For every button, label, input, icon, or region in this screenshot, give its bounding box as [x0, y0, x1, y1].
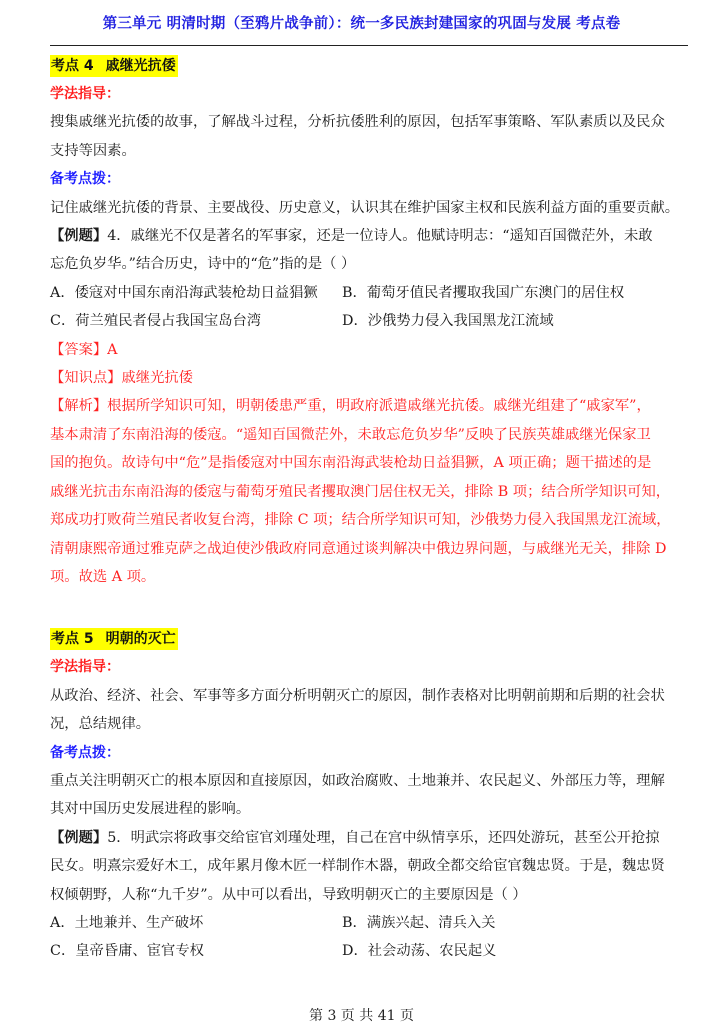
- header-divider: [50, 45, 688, 46]
- topic-number: 考点 5: [51, 631, 94, 647]
- answer-text: 【答案】A: [50, 336, 690, 364]
- example-text: 忘危负岁华。”结合历史，诗中的“危”指的是（ ）: [50, 250, 690, 278]
- analysis-text: 项。故选 A 项。: [50, 563, 690, 591]
- options-row: A．土地兼并、生产破坏 B．满族兴起、清兵入关: [50, 909, 690, 937]
- option-c: C．荷兰殖民者侵占我国宝岛台湾: [50, 307, 342, 335]
- section-topic-4: 考点 4戚继光抗倭 学法指导： 搜集戚继光抗倭的故事，了解战斗过程，分析抗倭胜利…: [50, 52, 690, 591]
- analysis-text: 清朝康熙帝通过雅克萨之战迫使沙俄政府同意通过谈判解决中俄边界问题，与戚继光无关，…: [50, 535, 690, 563]
- study-guide-label: 学法指导：: [50, 653, 690, 681]
- study-guide-text: 况，总结规律。: [50, 710, 690, 738]
- topic-heading: 考点 4戚继光抗倭: [50, 55, 178, 77]
- study-guide-label: 学法指导：: [50, 80, 690, 108]
- option-c: C．皇帝昏庸、宦官专权: [50, 937, 342, 965]
- page-number: 第 3 页 共 41 页: [0, 1005, 723, 1024]
- section-topic-5: 考点 5明朝的灭亡 学法指导： 从政治、经济、社会、军事等多方面分析明朝灭亡的原…: [50, 625, 690, 965]
- analysis-text: 戚继光抗击东南沿海的倭寇与葡萄牙殖民者攫取澳门居住权无关，排除 B 项；结合所学…: [50, 478, 690, 506]
- topic-title: 明朝的灭亡: [106, 631, 176, 647]
- option-b: B．满族兴起、清兵入关: [342, 909, 634, 937]
- review-tips-label: 备考点拨：: [50, 739, 690, 767]
- section-spacer: [50, 591, 690, 625]
- example-question: 【例题】5．明武宗将政事交给宦官刘瑾处理，自己在宫中纵情享乐，还四处游玩，甚至公…: [50, 824, 690, 852]
- example-tag: 【例题】: [50, 228, 107, 244]
- example-text: 民女。明熹宗爱好木工，成年累月像木匠一样制作木器，朝政全都交给宦官魏忠贤。于是，…: [50, 852, 690, 880]
- topic-number: 考点 4: [51, 58, 94, 74]
- example-tag: 【例题】: [50, 830, 107, 846]
- review-tips-text: 重点关注明朝灭亡的根本原因和直接原因，如政治腐败、土地兼并、农民起义、外部压力等…: [50, 767, 690, 795]
- page-content: 考点 4戚继光抗倭 学法指导： 搜集戚继光抗倭的故事，了解战斗过程，分析抗倭胜利…: [50, 52, 690, 966]
- example-question: 【例题】4．戚继光不仅是著名的军事家，还是一位诗人。他赋诗明志：“遥知百国微茫外…: [50, 222, 690, 250]
- example-text: 5．明武宗将政事交给宦官刘瑾处理，自己在宫中纵情享乐，还四处游玩，甚至公开抢掠: [107, 830, 659, 846]
- review-tips-label: 备考点拨：: [50, 165, 690, 193]
- study-guide-text: 支持等因素。: [50, 137, 690, 165]
- example-text: 4．戚继光不仅是著名的军事家，还是一位诗人。他赋诗明志：“遥知百国微茫外，未敢: [107, 228, 652, 244]
- analysis-text: 【解析】根据所学知识可知，明朝倭患严重，明政府派遣戚继光抗倭。戚继光组建了“戚家…: [50, 392, 690, 420]
- options-row: A．倭寇对中国东南沿海武装枪劫日益猖獗 B．葡萄牙值民者攫取我国广东澳门的居住权: [50, 279, 690, 307]
- options-row: C．荷兰殖民者侵占我国宝岛台湾 D．沙俄势力侵入我国黑龙江流域: [50, 307, 690, 335]
- option-d: D．沙俄势力侵入我国黑龙江流域: [342, 307, 634, 335]
- analysis-text: 国的抱负。故诗句中“危”是指倭寇对中国东南沿海武装枪劫日益猖獗，A 项正确；题干…: [50, 449, 690, 477]
- topic-heading: 考点 5明朝的灭亡: [50, 628, 178, 650]
- study-guide-text: 搜集戚继光抗倭的故事，了解战斗过程，分析抗倭胜利的原因，包括军事策略、军队素质以…: [50, 108, 690, 136]
- option-a: A．土地兼并、生产破坏: [50, 909, 342, 937]
- analysis-text: 基本肃清了东南沿海的倭寇。“遥知百国微茫外，未敢忘危负岁华”反映了民族英雄戚继光…: [50, 421, 690, 449]
- option-b: B．葡萄牙值民者攫取我国广东澳门的居住权: [342, 279, 634, 307]
- review-tips-text: 记住戚继光抗倭的背景、主要战役、历史意义，认识其在维护国家主权和民族利益方面的重…: [50, 194, 690, 222]
- study-guide-text: 从政治、经济、社会、军事等多方面分析明朝灭亡的原因，制作表格对比明朝前期和后期的…: [50, 682, 690, 710]
- topic-title: 戚继光抗倭: [106, 58, 176, 74]
- review-tips-text: 其对中国历史发展进程的影响。: [50, 795, 690, 823]
- option-a: A．倭寇对中国东南沿海武装枪劫日益猖獗: [50, 279, 342, 307]
- option-d: D．社会动荡、农民起义: [342, 937, 634, 965]
- knowledge-point-text: 【知识点】戚继光抗倭: [50, 364, 690, 392]
- options-row: C．皇帝昏庸、宦官专权 D．社会动荡、农民起义: [50, 937, 690, 965]
- example-text: 权倾朝野，人称“九千岁”。从中可以看出，导致明朝灭亡的主要原因是（ ）: [50, 881, 690, 909]
- document-title: 第三单元 明清时期（至鸦片战争前）：统一多民族封建国家的巩固与发展 考点卷: [0, 12, 723, 33]
- analysis-text: 郑成功打败荷兰殖民者收复台湾，排除 C 项；结合所学知识可知，沙俄势力侵入我国黑…: [50, 506, 690, 534]
